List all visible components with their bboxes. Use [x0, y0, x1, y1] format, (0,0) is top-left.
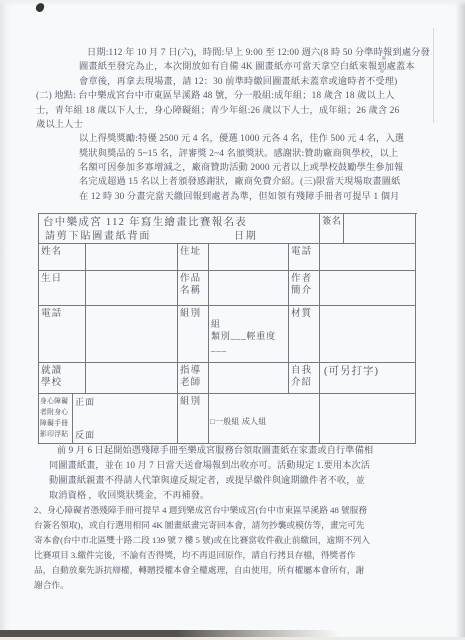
intro-line-6: 歲以上人士	[36, 119, 83, 130]
artwork-title-input-cell	[209, 271, 289, 306]
intro-line-10: 名完成超過 15 名以上者頒發感謝狀，廠商免費介紹。(三)限當天現場取畫圖紙	[79, 176, 401, 187]
group-options-cell: □一般組 成人組 □青少年組□身心障 組 □成人組□青少 組	[209, 394, 320, 444]
intro-line-11: 在 12 時 30 分畫完當天繳回報到處者為準，但如領有殘障手冊者可提早 1 個…	[79, 191, 400, 202]
intro-line-1: 日期:112 年 10 月 7 日(六)，時間:早上 9:00 至 12:00 …	[87, 47, 430, 58]
intro-line-4: (二) 地點: 台中樂成宮台中市東區旱溪路 48 號，分一般組:成年組；18 歲…	[36, 90, 395, 101]
registration-form-table: 台中樂成宮 112 年寫生繪畫比賽報名表 請剪下貼圖畫紙背面 日期 簽名 姓名 …	[38, 213, 417, 444]
scan-artifact-bar	[0, 630, 340, 637]
school-input-cell	[86, 363, 178, 394]
front-label: 正面	[75, 396, 175, 408]
address-label: 住址	[178, 244, 209, 271]
group-option-line-1: □一般組 成人組	[210, 417, 318, 428]
form-title: 台中樂成宮 112 年寫生繪畫比賽報名表	[41, 216, 317, 230]
intro-line-9: 名額可因參加多寡增減之，廠商贊助活動 2000 元者以上或學校鼓勵學生參加報	[79, 162, 404, 173]
intro-line-8: 獎狀與獎品的 5~15 名，評審獎 2~4 名頒獎狀。感謝狀:贊助廠商與學校，以…	[79, 148, 398, 159]
group-detail-cell: 組 類別___輕重度 ___	[209, 306, 289, 363]
group-detail-line-2: 類別___輕重度	[211, 330, 286, 342]
group-detail-line-3: ___	[211, 342, 286, 354]
intro-line-3: 會章後，再拿去現場畫，請 12：30 前準時繳回圖畫紙未蓋章或逾時者不受理)	[79, 76, 397, 87]
scan-mark	[35, 2, 45, 13]
row5-blank-cell	[320, 394, 416, 444]
paper-crease	[433, 28, 434, 123]
school-label-text: 就讀學校	[41, 365, 63, 389]
teacher-label: 指導老師	[178, 363, 209, 394]
intro-line-5: 士，青年組 18 歲以下人士，身心障礙組；青少年組:26 歲以下人士，成年組；2…	[36, 105, 399, 116]
birthday-input-cell	[86, 271, 178, 306]
signature-input-cell	[344, 214, 416, 244]
phone2-input-cell	[86, 306, 178, 363]
phone-input-cell	[320, 244, 416, 271]
group-label: 組別	[178, 306, 209, 363]
birthday-label: 生日	[39, 271, 86, 306]
phone2-label: 電話	[39, 306, 86, 363]
rule-line-3: 動圖畫紙親畫不得請人代筆與違反規定者，或提早繳件與逾期繳件者不收，並	[49, 475, 365, 486]
rule-line-1: 前 9 月 6 日起開始憑殘障手冊至樂成宮服務台領取圖畫紙在家畫或自行準備相	[57, 445, 373, 456]
author-bio-input-cell	[320, 271, 416, 306]
rule-line-5: 2、身心障礙者憑殘障手冊可提早 4 週到樂成宮台中樂成宮(台中市東區旱溪路 48…	[34, 505, 367, 516]
rule-line-4: 取消資格 ，收回獎狀獎金，不再補發。	[49, 490, 209, 501]
form-header-cell: 台中樂成宮 112 年寫生繪畫比賽報名表 請剪下貼圖畫紙背面 日期	[39, 214, 320, 244]
intro-line-7: 以上得獎獎勵:特優 2500 元 4 名，優選 1000 元各 4 名，佳作 5…	[79, 133, 404, 144]
rule-line-7: 寄本會(台中市北區雙十路二段 139 號 7 樓 5 號)或在比賽當收件截止前繳…	[34, 535, 370, 546]
material-label: 材質	[289, 306, 320, 363]
scanned-document-page: 日期:112 年 10 月 7 日(六)，時間:早上 9:00 至 12:00 …	[0, 0, 465, 640]
artwork-title-label: 作品名稱	[178, 271, 209, 306]
intro-line-2: 圖畫紙至發完為止，本次開放如有自備 4K 圖畫紙亦可當天拿空白紙來報到處蓋本	[79, 61, 415, 72]
material-input-cell	[320, 306, 416, 363]
date-label: 日期	[234, 230, 258, 243]
school-label: 就讀學校	[39, 363, 86, 394]
rule-line-9: 品，自動放棄先訴抗辯權，轉贈授權本會全權處理，自由使用，所有權屬本會所有，謝	[34, 565, 364, 576]
author-bio-label: 作者簡介	[289, 271, 320, 306]
disability-note-label: 身心障礙者附身心障礙手冊影印浮貼	[39, 394, 73, 444]
address-input-cell	[209, 244, 289, 271]
scan-edge-right	[455, 0, 465, 640]
teacher-input-cell	[209, 363, 289, 394]
group2-label: 組別	[178, 394, 209, 444]
name-label: 姓名	[39, 244, 86, 271]
back-label: 反面	[75, 429, 175, 441]
self-intro-note-cell: (可另打字)	[320, 363, 416, 394]
group-detail-line-1: 組	[211, 318, 286, 330]
form-subtitle-row: 請剪下貼圖畫紙背面 日期	[41, 230, 317, 243]
signature-label-cell: 簽名	[320, 214, 344, 244]
rule-line-8: 比賽項目 3.繳件完後，不論有否得獎，均不再退回原作，請自行拷貝存檔，得獎者作	[34, 550, 355, 561]
name-input-cell	[86, 244, 178, 271]
self-intro-label: 自我介紹	[289, 363, 320, 394]
phone-label: 電話	[289, 244, 320, 271]
cut-note: 請剪下貼圖畫紙背面	[45, 231, 151, 242]
scan-edge-top	[0, 0, 465, 6]
rule-line-6: 台簽名領取)，或自行選用相同 4K 圖畫紙畫完寄回本會，請勿抄襲或模仿等，畫完可…	[34, 520, 365, 531]
scan-edge-left	[0, 0, 12, 640]
id-copy-cell: 正面 反面	[73, 394, 178, 444]
rule-line-2: 同圖畫紙畫，並在 10 月 7 日當天送會場報到出收亦可。活動規定 1.要用本次…	[49, 460, 370, 471]
rule-line-10: 謝合作。	[34, 580, 69, 591]
